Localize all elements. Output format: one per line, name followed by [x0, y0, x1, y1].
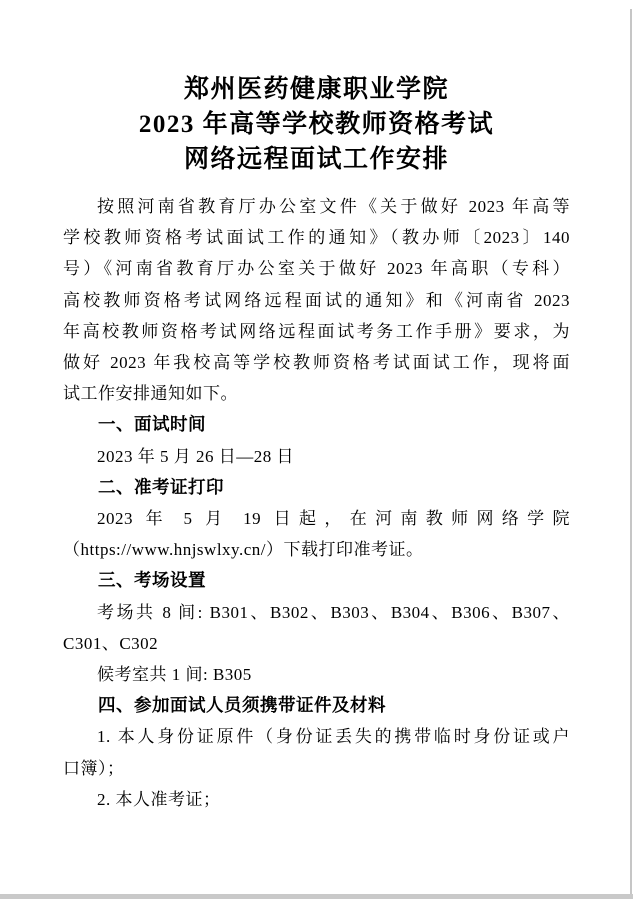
document-title-line: 2023 年高等学校教师资格考试: [63, 107, 570, 142]
body-line: 候考室共 1 间: B305: [63, 659, 570, 690]
body-line: 做好 2023 年我校高等学校教师资格考试面试工作，现将面: [63, 347, 570, 378]
body-line: （https://www.hnjswlxy.cn/）下载打印准考证。: [63, 534, 570, 565]
body-line: 年高校教师资格考试网络远程面试考务工作手册》要求，为: [63, 316, 570, 347]
body-line: 号）《河南省教育厅办公室关于做好 2023 年高职（专科）: [63, 253, 570, 284]
body-line: 考场共 8 间: B301、B302、B303、B304、B306、B307、: [63, 597, 570, 628]
document-title: 郑州医药健康职业学院 2023 年高等学校教师资格考试 网络远程面试工作安排: [63, 72, 570, 177]
document-page: 郑州医药健康职业学院 2023 年高等学校教师资格考试 网络远程面试工作安排 按…: [0, 0, 633, 899]
body-line: 2. 本人准考证；: [63, 784, 570, 815]
body-line: 2023 年 5 月 26 日—28 日: [63, 441, 570, 472]
body-line: 按照河南省教育厅办公室文件《关于做好 2023 年高等: [63, 191, 570, 222]
body-line: 口簿）；: [63, 753, 570, 784]
section-heading-ticket-print: 二、准考证打印: [63, 472, 570, 503]
body-line: 高校教师资格考试网络远程面试的通知》和《河南省 2023: [63, 285, 570, 316]
document-title-line: 郑州医药健康职业学院: [63, 72, 570, 107]
body-line: 试工作安排通知如下。: [63, 378, 570, 409]
document-title-line: 网络远程面试工作安排: [63, 142, 570, 177]
document-content: 郑州医药健康职业学院 2023 年高等学校教师资格考试 网络远程面试工作安排 按…: [63, 72, 570, 815]
page-edge-bottom: [0, 894, 633, 899]
body-line: 2023 年 5 月 19 日起，在河南教师网络学院: [63, 503, 570, 534]
section-heading-required-documents: 四、参加面试人员须携带证件及材料: [63, 690, 570, 721]
page-edge-right: [630, 9, 632, 894]
body-line: 学校教师资格考试面试工作的通知》（教办师〔2023〕140: [63, 222, 570, 253]
body-line: C301、C302: [63, 628, 570, 659]
section-heading-interview-time: 一、面试时间: [63, 409, 570, 440]
body-line: 1. 本人身份证原件（身份证丢失的携带临时身份证或户: [63, 721, 570, 752]
section-heading-exam-rooms: 三、考场设置: [63, 565, 570, 596]
document-body: 按照河南省教育厅办公室文件《关于做好 2023 年高等 学校教师资格考试面试工作…: [63, 191, 570, 815]
